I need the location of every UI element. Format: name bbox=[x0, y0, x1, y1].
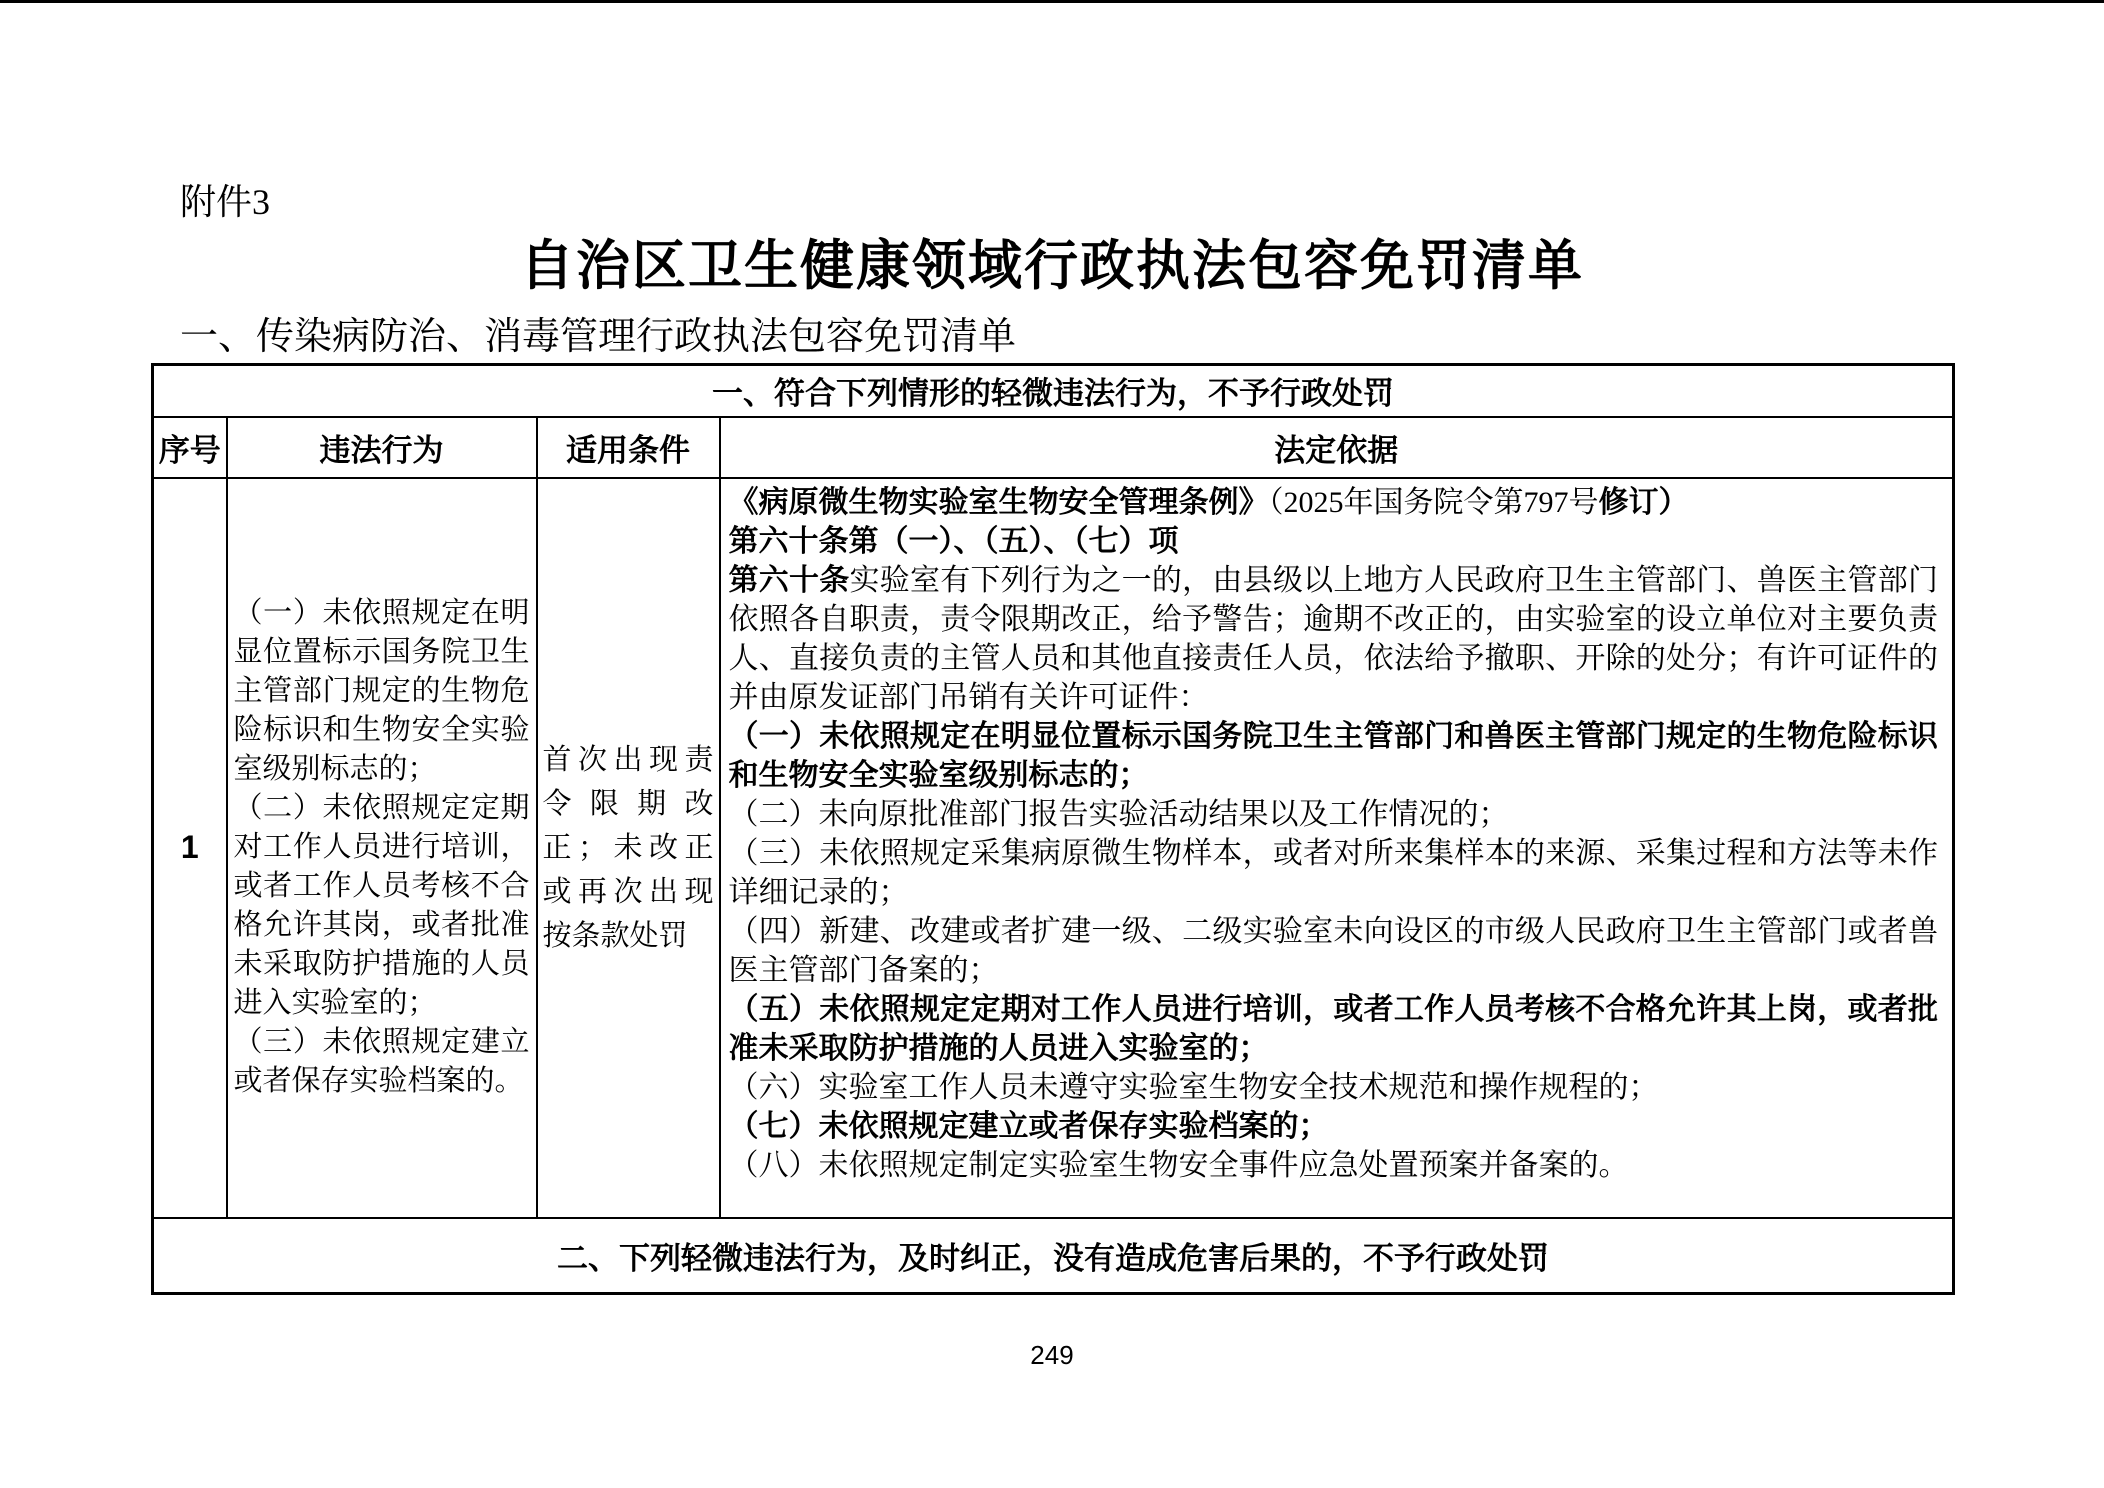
column-header-no: 序号 bbox=[153, 417, 227, 478]
text-segment: （二）未向原批准部门报告实验活动结果以及工作情况的； bbox=[729, 798, 1509, 831]
applicable-condition-cell: 首次出现责令限期改正；未改正或再次出现按条款处罚 bbox=[537, 478, 720, 1218]
bold-text-segment: （七）未依照规定建立或者保存实验档案的； bbox=[729, 1110, 1329, 1143]
text-segment: （2025年国务院令第797号 bbox=[1269, 486, 1599, 519]
text-segment: 实验室有下列行为之一的，由县级以上地方人民政府卫生主管部门、兽医主管部门依照各自… bbox=[729, 564, 1939, 714]
paragraph: （一）未依照规定在明显位置标示国务院卫生主管部门和兽医主管部门规定的生物危险标识… bbox=[729, 717, 1939, 795]
paragraph: （八）未依照规定制定实验室生物安全事件应急处置预案并备案的。 bbox=[729, 1146, 1939, 1185]
table-section1-header-row: 一、符合下列情形的轻微违法行为，不予行政处罚 bbox=[153, 365, 1954, 417]
paragraph: （六）实验室工作人员未遵守实验室生物安全技术规范和操作规程的； bbox=[729, 1068, 1939, 1107]
text-segment: （三）未依照规定采集病原微生物样本，或者对所来集样本的来源、采集过程和方法等未作… bbox=[729, 837, 1939, 909]
legal-basis-cell: 《病原微生物实验室生物安全管理条例》（2025年国务院令第797号修订）第六十条… bbox=[720, 478, 1954, 1218]
paragraph: （一）未依照规定在明显位置标示国务院卫生主管部门规定的生物危险标识和生物安全实验… bbox=[234, 594, 530, 789]
paragraph: 第六十条第（一）、（五）、（七）项 bbox=[729, 522, 1939, 561]
column-header-illegal-behavior: 违法行为 bbox=[227, 417, 537, 478]
column-header-applicable-condition: 适用条件 bbox=[537, 417, 720, 478]
bold-text-segment: （五）未依照规定定期对工作人员进行培训，或者工作人员考核不合格允许其上岗，或者批… bbox=[729, 993, 1939, 1065]
bold-text-segment: 第六十条 bbox=[729, 564, 850, 597]
text-segment: （八）未依照规定制定实验室生物安全事件应急处置预案并备案的。 bbox=[729, 1149, 1629, 1182]
page-top-edge-line bbox=[0, 0, 2104, 3]
text-segment: （四）新建、改建或者扩建一级、二级实验室未向设区的市级人民政府卫生主管部门或者兽… bbox=[729, 915, 1939, 987]
row-number-cell: 1 bbox=[153, 478, 227, 1218]
document-page: { "page": { "attachment_label": "附件3", "… bbox=[0, 0, 2104, 1488]
paragraph: （三）未依照规定采集病原微生物样本，或者对所来集样本的来源、采集过程和方法等未作… bbox=[729, 834, 1939, 912]
paragraph: 《病原微生物实验室生物安全管理条例》（2025年国务院令第797号修订） bbox=[729, 483, 1939, 522]
exemption-table: 一、符合下列情形的轻微违法行为，不予行政处罚 序号 违法行为 适用条件 法定依据… bbox=[151, 363, 1955, 1295]
paragraph: （五）未依照规定定期对工作人员进行培训，或者工作人员考核不合格允许其上岗，或者批… bbox=[729, 990, 1939, 1068]
paragraph: （四）新建、改建或者扩建一级、二级实验室未向设区的市级人民政府卫生主管部门或者兽… bbox=[729, 912, 1939, 990]
attachment-label: 附件3 bbox=[180, 180, 270, 224]
bold-text-segment: 第六十条第（一）、（五）、（七）项 bbox=[729, 525, 1179, 558]
paragraph: （三）未依照规定建立或者保存实验档案的。 bbox=[234, 1023, 530, 1101]
bold-text-segment: （一）未依照规定在明显位置标示国务院卫生主管部门和兽医主管部门规定的生物危险标识… bbox=[729, 720, 1939, 792]
paragraph: （二）未向原批准部门报告实验活动结果以及工作情况的； bbox=[729, 795, 1939, 834]
bold-text-segment: 《病原微生物实验室生物安全管理条例》 bbox=[729, 486, 1269, 519]
page-number: 249 bbox=[0, 1340, 2104, 1371]
text-segment: （六）实验室工作人员未遵守实验室生物安全技术规范和操作规程的； bbox=[729, 1071, 1659, 1104]
illegal-behavior-cell: （一）未依照规定在明显位置标示国务院卫生主管部门规定的生物危险标识和生物安全实验… bbox=[227, 478, 537, 1218]
page-title: 自治区卫生健康领域行政执法包容免罚清单 bbox=[0, 234, 2104, 298]
table-section1-header: 一、符合下列情形的轻微违法行为，不予行政处罚 bbox=[153, 365, 1954, 417]
table-row: 1 （一）未依照规定在明显位置标示国务院卫生主管部门规定的生物危险标识和生物安全… bbox=[153, 478, 1954, 1218]
section-heading: 一、传染病防治、消毒管理行政执法包容免罚清单 bbox=[180, 314, 1016, 360]
bold-text-segment: 修订） bbox=[1599, 486, 1689, 519]
paragraph: （二）未依照规定定期对工作人员进行培训，或者工作人员考核不合格允许其岗，或者批准… bbox=[234, 789, 530, 1023]
table-column-header-row: 序号 违法行为 适用条件 法定依据 bbox=[153, 417, 1954, 478]
column-header-legal-basis: 法定依据 bbox=[720, 417, 1954, 478]
paragraph: 第六十条实验室有下列行为之一的，由县级以上地方人民政府卫生主管部门、兽医主管部门… bbox=[729, 561, 1939, 717]
table-section2-header: 二、下列轻微违法行为，及时纠正，没有造成危害后果的，不予行政处罚 bbox=[153, 1218, 1954, 1294]
paragraph: （七）未依照规定建立或者保存实验档案的； bbox=[729, 1107, 1939, 1146]
table-section2-header-row: 二、下列轻微违法行为，及时纠正，没有造成危害后果的，不予行政处罚 bbox=[153, 1218, 1954, 1294]
